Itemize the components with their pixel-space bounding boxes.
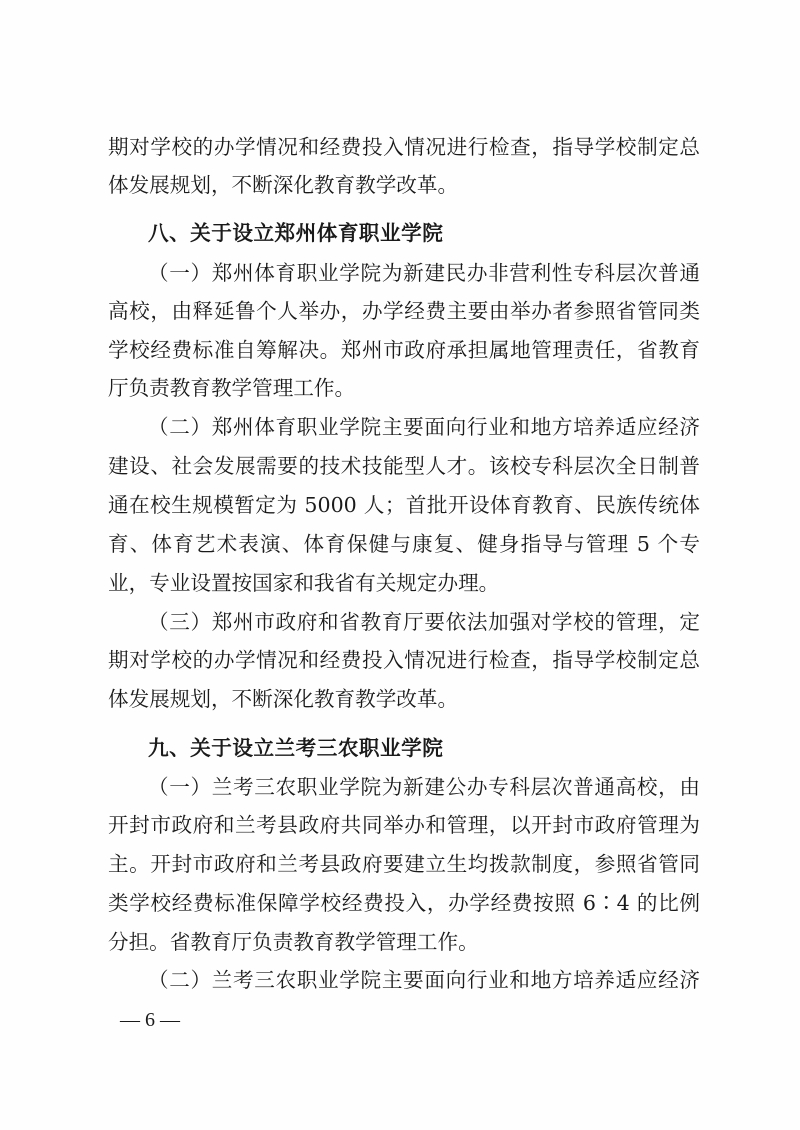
paragraph-line: 期对学校的办学情况和经费投入情况进行检查，指导学校制定总 (108, 645, 700, 675)
paragraph-line: （一）兰考三农职业学院为新建公办专科层次普通高校，由 (148, 772, 700, 802)
paragraph-line: （三）郑州市政府和省教育厅要依法加强对学校的管理，定 (148, 607, 700, 637)
paragraph-line: 业，专业设置按国家和我省有关规定办理。 (108, 568, 700, 598)
paragraph-line: 育、体育艺术表演、体育保健与康复、健身指导与管理 5 个专 (108, 529, 700, 559)
paragraph-line: 学校经费标准自筹解决。郑州市政府承担属地管理责任，省教育 (108, 335, 700, 365)
section-heading-8: 八、关于设立郑州体育职业学院 (148, 218, 443, 248)
paragraph-line: 高校，由释延鲁个人举办，办学经费主要由举办者参照省管同类 (108, 296, 700, 326)
paragraph-line: 厅负责教育教学管理工作。 (108, 373, 700, 403)
paragraph-line: 开封市政府和兰考县政府共同举办和管理，以开封市政府管理为 (108, 810, 700, 840)
paragraph-line: （二）兰考三农职业学院主要面向行业和地方培养适应经济 (148, 965, 700, 995)
paragraph-line: 期对学校的办学情况和经费投入情况进行检查，指导学校制定总 (108, 132, 700, 162)
paragraph-line: 分担。省教育厅负责教育教学管理工作。 (108, 927, 700, 957)
paragraph-line: 类学校经费标准保障学校经费投入，办学经费按照 6∶4 的比例 (108, 888, 700, 918)
page-number: — 6 — (120, 1008, 180, 1032)
paragraph-line: （一）郑州体育职业学院为新建民办非营利性专科层次普通 (148, 258, 700, 288)
paragraph-line: 主。开封市政府和兰考县政府要建立生均拨款制度，参照省管同 (108, 849, 700, 879)
paragraph-line: 建设、社会发展需要的技术技能型人才。该校专科层次全日制普 (108, 451, 700, 481)
paragraph-line: 体发展规划，不断深化教育教学改革。 (108, 170, 700, 200)
paragraph-line: 体发展规划，不断深化教育教学改革。 (108, 684, 700, 714)
section-heading-9: 九、关于设立兰考三农职业学院 (148, 733, 443, 763)
paragraph-line: 通在校生规模暂定为 5000 人；首批开设体育教育、民族传统体 (108, 490, 700, 520)
paragraph-line: （二）郑州体育职业学院主要面向行业和地方培养适应经济 (148, 412, 700, 442)
document-page: 期对学校的办学情况和经费投入情况进行检查，指导学校制定总 体发展规划，不断深化教… (0, 0, 800, 1130)
